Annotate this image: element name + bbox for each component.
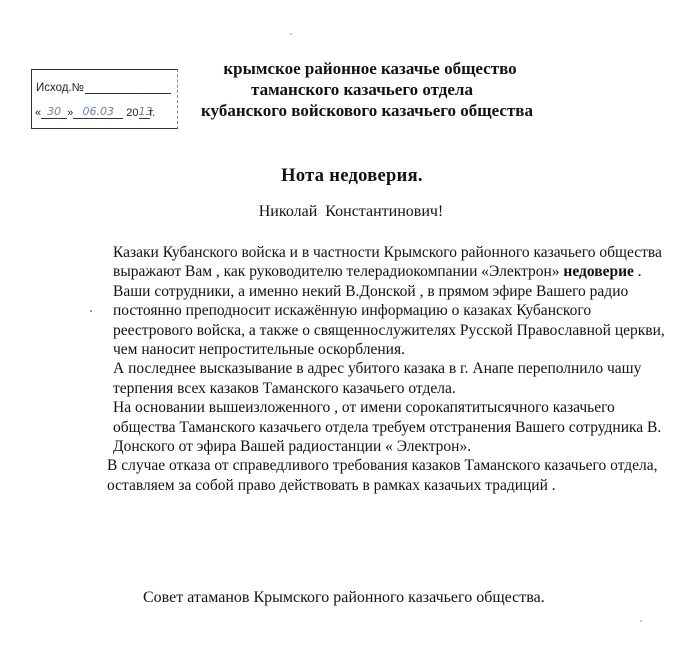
paragraph-3: А последнее высказывание в адрес убитого…	[91, 359, 671, 398]
stamp-label: Исход.№	[36, 82, 84, 94]
org-line-2: таманского казачьего отдела	[144, 79, 580, 100]
org-line-1: крымское районное казачье общество	[160, 58, 580, 79]
org-line-3: кубанского войскового казачьего общества	[154, 100, 580, 121]
stamp-day: 30	[41, 105, 67, 119]
paragraph-1: Казаки Кубанского войска и в частности К…	[91, 243, 671, 282]
signature-line: Совет атаманов Крымского районного казач…	[143, 589, 545, 607]
scan-speck	[290, 33, 292, 35]
salutation: Николай Константинович!	[0, 203, 674, 221]
stamp-year: 13	[139, 105, 150, 119]
scan-speck	[640, 620, 642, 622]
document-body: Казаки Кубанского войска и в частности К…	[91, 243, 671, 495]
scan-speck	[90, 310, 92, 312]
stamp-month: 06.03	[73, 105, 123, 119]
paragraph-5: В случае отказа от справедливого требова…	[91, 456, 671, 495]
paragraph-1-end: .	[634, 263, 642, 280]
organization-header: крымское районное казачье общество таман…	[150, 58, 580, 121]
emphasis-distrust: недоверие	[563, 263, 634, 280]
paragraph-4: На основании вышеизложенного , от имени …	[91, 398, 671, 456]
stamp-date-row: « 30 » 06.03 20 13 г.	[35, 105, 155, 119]
paragraph-2: Ваши сотрудники, а именно некий В.Донско…	[91, 282, 671, 360]
document-title: Нота недоверия.	[0, 166, 674, 187]
stamp-year-prefix: 20	[126, 107, 138, 119]
scanned-document-page: Исход.№ « 30 » 06.03 20 13 г. крымское р…	[0, 0, 674, 647]
